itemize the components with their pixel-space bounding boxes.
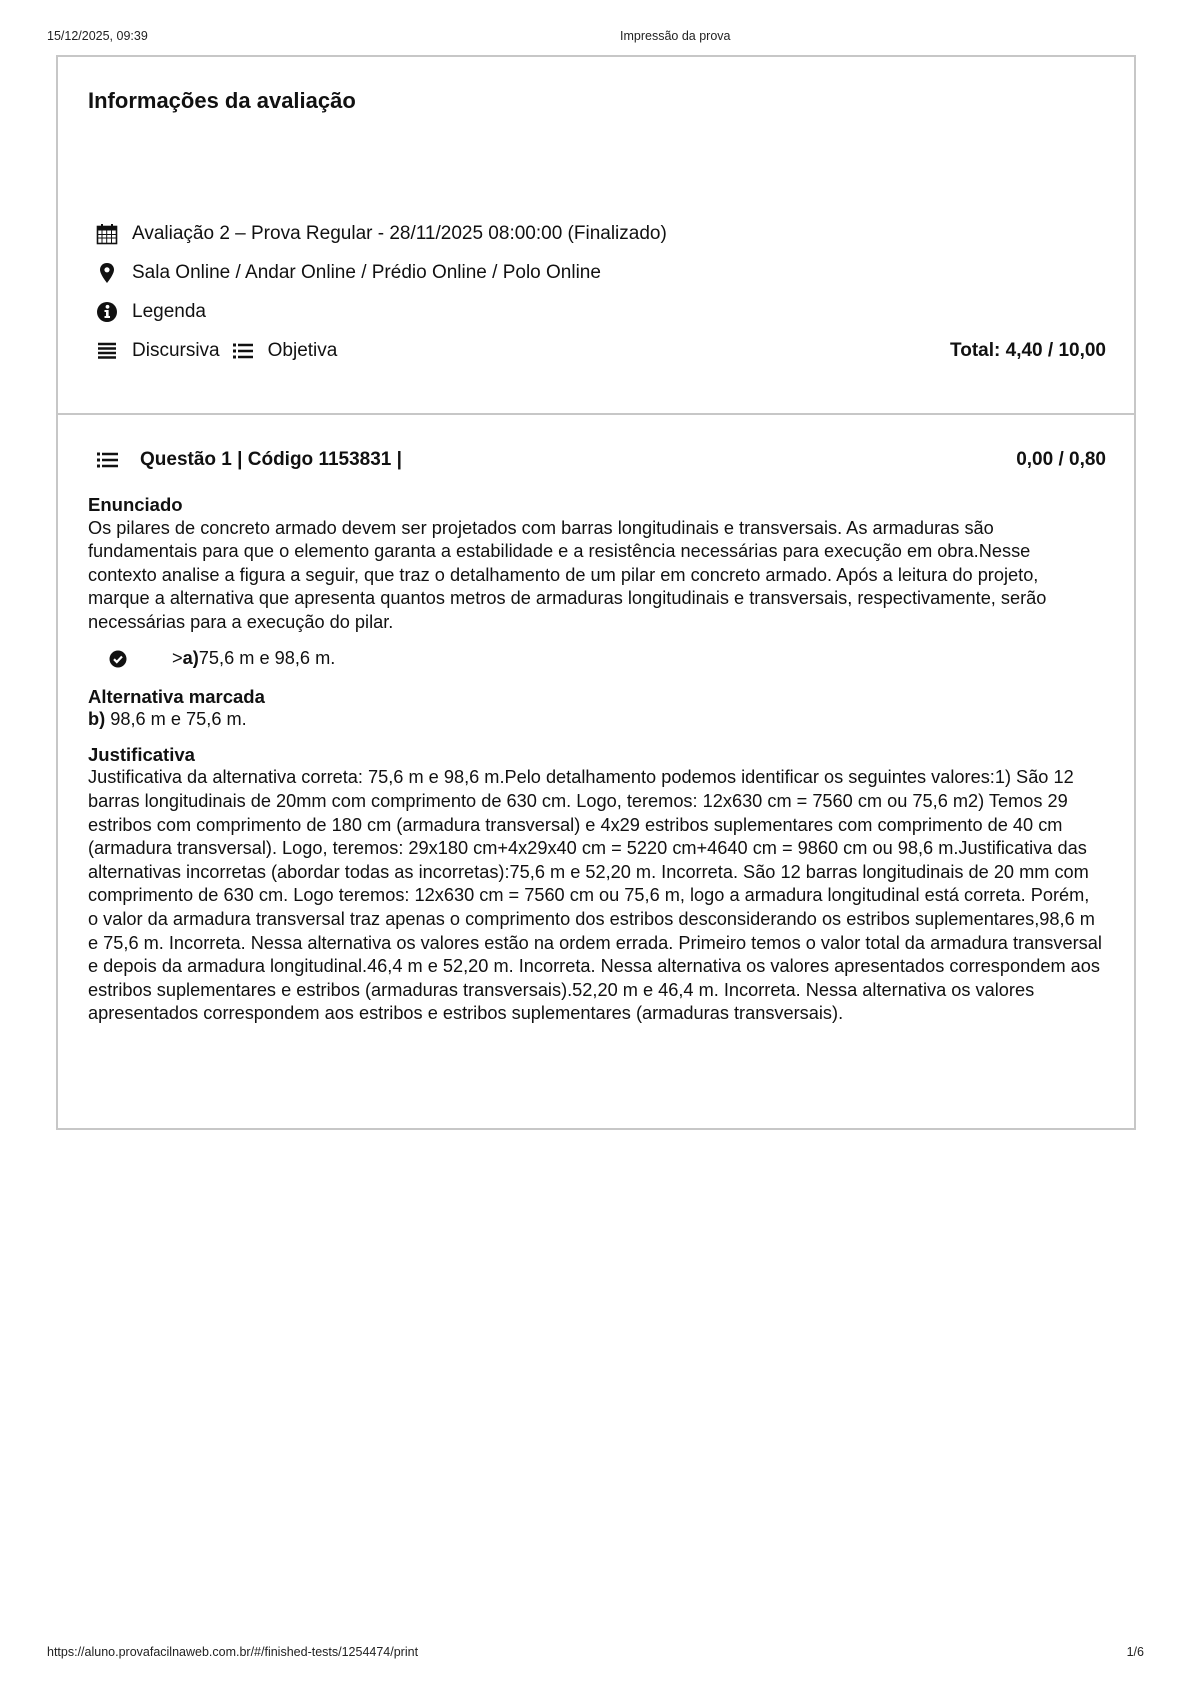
info-row-types: Discursiva Objetiva Total: 4,40 / 10,00 [96,338,1106,364]
marked-alternative: b) 98,6 m e 75,6 m. [88,708,1104,732]
align-justify-icon [96,340,118,362]
statement-title: Enunciado [88,493,1104,517]
marked-title: Alternativa marcada [88,685,1104,709]
list-icon [232,340,254,362]
print-header: 15/12/2025, 09:39 Impressão da prova [47,29,1144,45]
correct-alternative-letter: a) [183,647,199,671]
page-url: https://aluno.provafacilnaweb.com.br/#/f… [47,1645,418,1659]
info-title: Informações da avaliação [88,88,356,114]
correct-alternative-text: 75,6 m e 98,6 m. [199,647,335,671]
info-row-evaluation: Avaliação 2 – Prova Regular - 28/11/2025… [96,221,1106,247]
location-label: Sala Online / Andar Online / Prédio Onli… [132,262,601,284]
total-score: Total: 4,40 / 10,00 [950,340,1106,362]
type-legend: Discursiva Objetiva [132,340,337,362]
info-row-location: Sala Online / Andar Online / Prédio Onli… [96,260,1106,286]
justification-text: Justificativa da alternativa correta: 75… [88,766,1104,1026]
justification-block: Justificativa Justificativa da alternati… [88,743,1104,1026]
list-icon [96,449,120,471]
marked-alternative-block: Alternativa marcada b) 98,6 m e 75,6 m. [88,685,1104,732]
marked-text: 98,6 m e 75,6 m. [105,709,247,729]
question-header: Questão 1 | Código 1153831 | 0,00 / 0,80 [96,447,1106,473]
marked-letter: b) [88,709,105,729]
statement-text: Os pilares de concreto armado devem ser … [88,517,1104,635]
discursive-label: Discursiva [132,340,220,362]
question-title: Questão 1 | Código 1153831 | [140,449,402,471]
legend-label: Legenda [132,301,206,323]
correct-alternative: >a)75,6 m e 98,6 m. [108,646,1104,672]
evaluation-info-card: Informações da avaliação Avaliação 2 – P… [56,55,1136,415]
objective-label: Objetiva [268,340,338,362]
question-card: Questão 1 | Código 1153831 | 0,00 / 0,80… [56,413,1136,1130]
question-body: Enunciado Os pilares de concreto armado … [88,493,1104,1037]
print-title: Impressão da prova [620,29,730,43]
calendar-icon [96,223,118,245]
info-circle-icon [96,301,118,323]
map-marker-icon [96,262,118,284]
print-datetime: 15/12/2025, 09:39 [47,29,148,43]
justification-title: Justificativa [88,743,1104,767]
info-rows: Avaliação 2 – Prova Regular - 28/11/2025… [96,221,1106,377]
check-circle-icon [108,649,128,669]
question-score: 0,00 / 0,80 [1016,449,1106,471]
info-row-legend: Legenda [96,299,1106,325]
correct-alternative-prefix: > [172,647,183,671]
print-footer: https://aluno.provafacilnaweb.com.br/#/f… [47,1645,1144,1661]
evaluation-label: Avaliação 2 – Prova Regular - 28/11/2025… [132,223,667,245]
page-number: 1/6 [1127,1645,1144,1659]
